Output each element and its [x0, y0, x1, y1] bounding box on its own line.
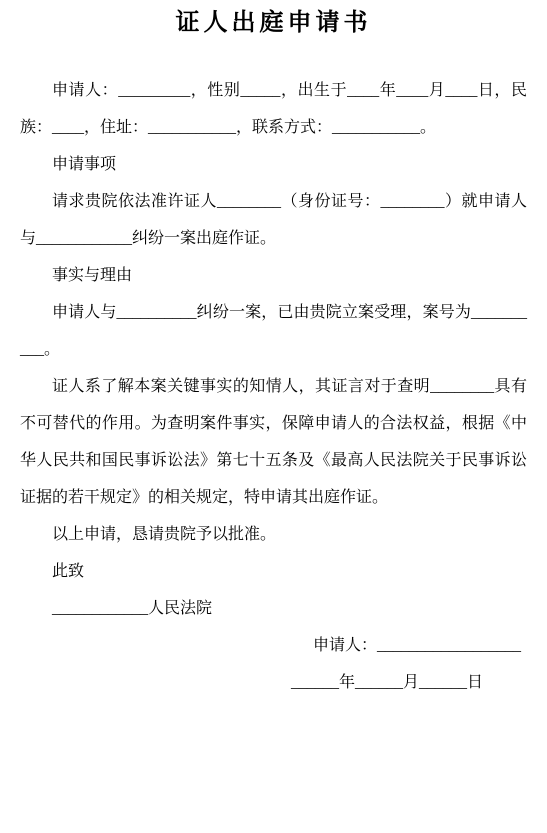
section-heading-facts-reasons: 事实与理由 [20, 257, 527, 294]
signature-line: 申请人：__________________ [20, 627, 527, 664]
section-heading-application-items: 申请事项 [20, 146, 527, 183]
applicant-info-paragraph: 申请人：_________，性别_____，出生于____年____月____日… [20, 72, 527, 146]
date-line: ______年______月______日 [20, 664, 527, 701]
reason-paragraph: 证人系了解本案关键事实的知情人，其证言对于查明________具有不可替代的作用… [20, 368, 527, 516]
salutation-line: 此致 [20, 553, 527, 590]
document-page: 证人出庭申请书 申请人：_________，性别_____，出生于____年__… [20, 6, 527, 833]
court-name-line: ____________人民法院 [20, 590, 527, 627]
signature-label: 申请人： [313, 637, 377, 654]
document-title: 证人出庭申请书 [20, 6, 527, 40]
signature-blank: __________________ [377, 637, 521, 654]
application-request-paragraph: 请求贵院依法准许证人________（身份证号：________）就申请人与__… [20, 183, 527, 257]
approval-request-line: 以上申请，恳请贵院予以批准。 [20, 516, 527, 553]
case-info-paragraph: 申请人与__________纠纷一案，已由贵院立案受理，案号为_________… [20, 294, 527, 368]
